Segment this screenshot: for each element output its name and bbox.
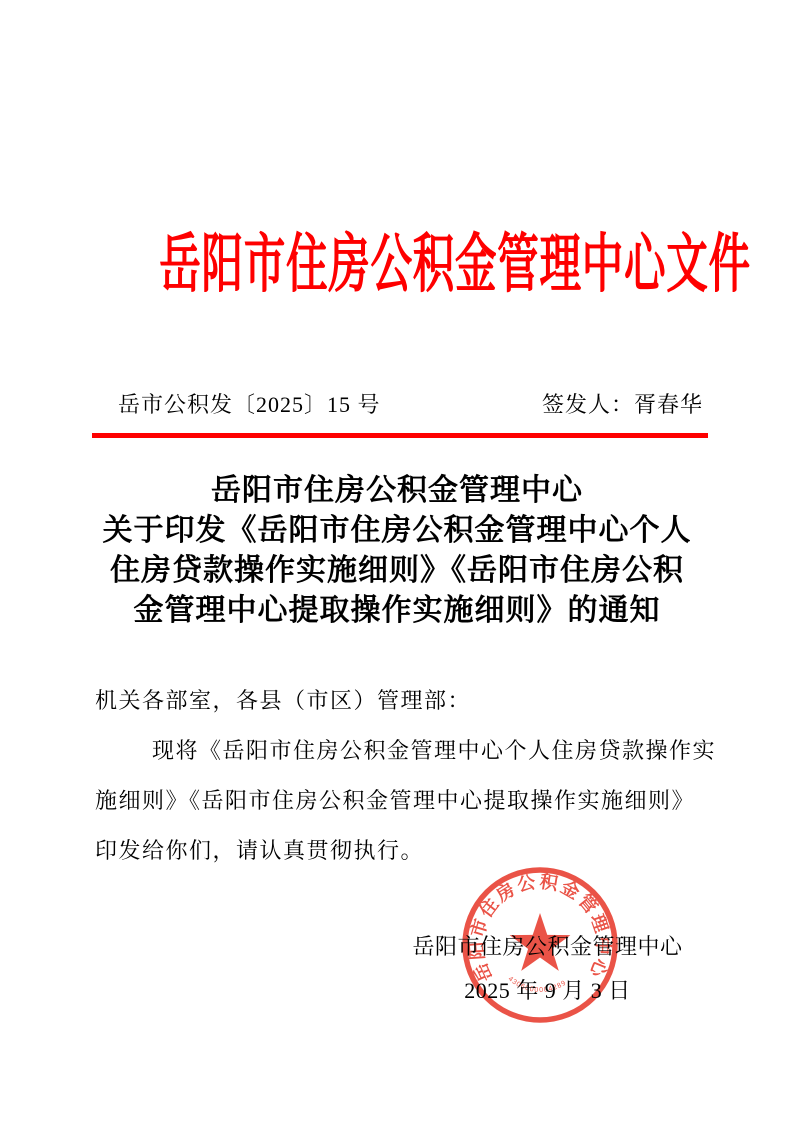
red-separator-rule (92, 433, 708, 438)
issuer-label: 签发人： (542, 392, 634, 417)
salutation: 机关各部室，各县（市区）管理部： (95, 676, 707, 726)
signature-block: 岳阳市住房公积金管理中心 2025 年 9 月 3 日 (381, 933, 714, 1004)
document-title: 岳阳市住房公积金管理中心 关于印发《岳阳市住房公积金管理中心个人 住房贷款操作实… (0, 471, 794, 631)
masthead-title: 岳阳市住房公积金管理中心文件 (159, 226, 751, 304)
doc-number: 岳市公积发〔2025〕15 号 (118, 392, 381, 418)
document-title-line: 住房贷款操作实施细则》《岳阳市住房公积 (0, 551, 794, 591)
document-title-line: 关于印发《岳阳市住房公积金管理中心个人 (0, 511, 794, 551)
document-body: 机关各部室，各县（市区）管理部： 现将《岳阳市住房公积金管理中心个人住房贷款操作… (95, 676, 707, 876)
document-title-line: 金管理中心提取操作实施细则》的通知 (0, 591, 794, 631)
body-line: 印发给你们，请认真贯彻执行。 (95, 826, 707, 876)
body-line: 施细则》《岳阳市住房公积金管理中心提取操作实施细则》 (95, 776, 707, 826)
masthead: 岳阳市住房公积金管理中心文件 (0, 226, 794, 304)
issuer: 签发人：胥春华 (542, 392, 703, 418)
signature-org: 岳阳市住房公积金管理中心 (381, 933, 714, 960)
signature-date: 2025 年 9 月 3 日 (381, 977, 714, 1004)
document-page: 岳阳市住房公积金管理中心文件 岳市公积发〔2025〕15 号 签发人：胥春华 岳… (0, 0, 794, 1122)
meta-row: 岳市公积发〔2025〕15 号 签发人：胥春华 (118, 392, 703, 418)
body-line: 现将《岳阳市住房公积金管理中心个人住房贷款操作实 (95, 726, 707, 776)
issuer-name: 胥春华 (634, 392, 703, 417)
document-title-line: 岳阳市住房公积金管理中心 (0, 471, 794, 511)
